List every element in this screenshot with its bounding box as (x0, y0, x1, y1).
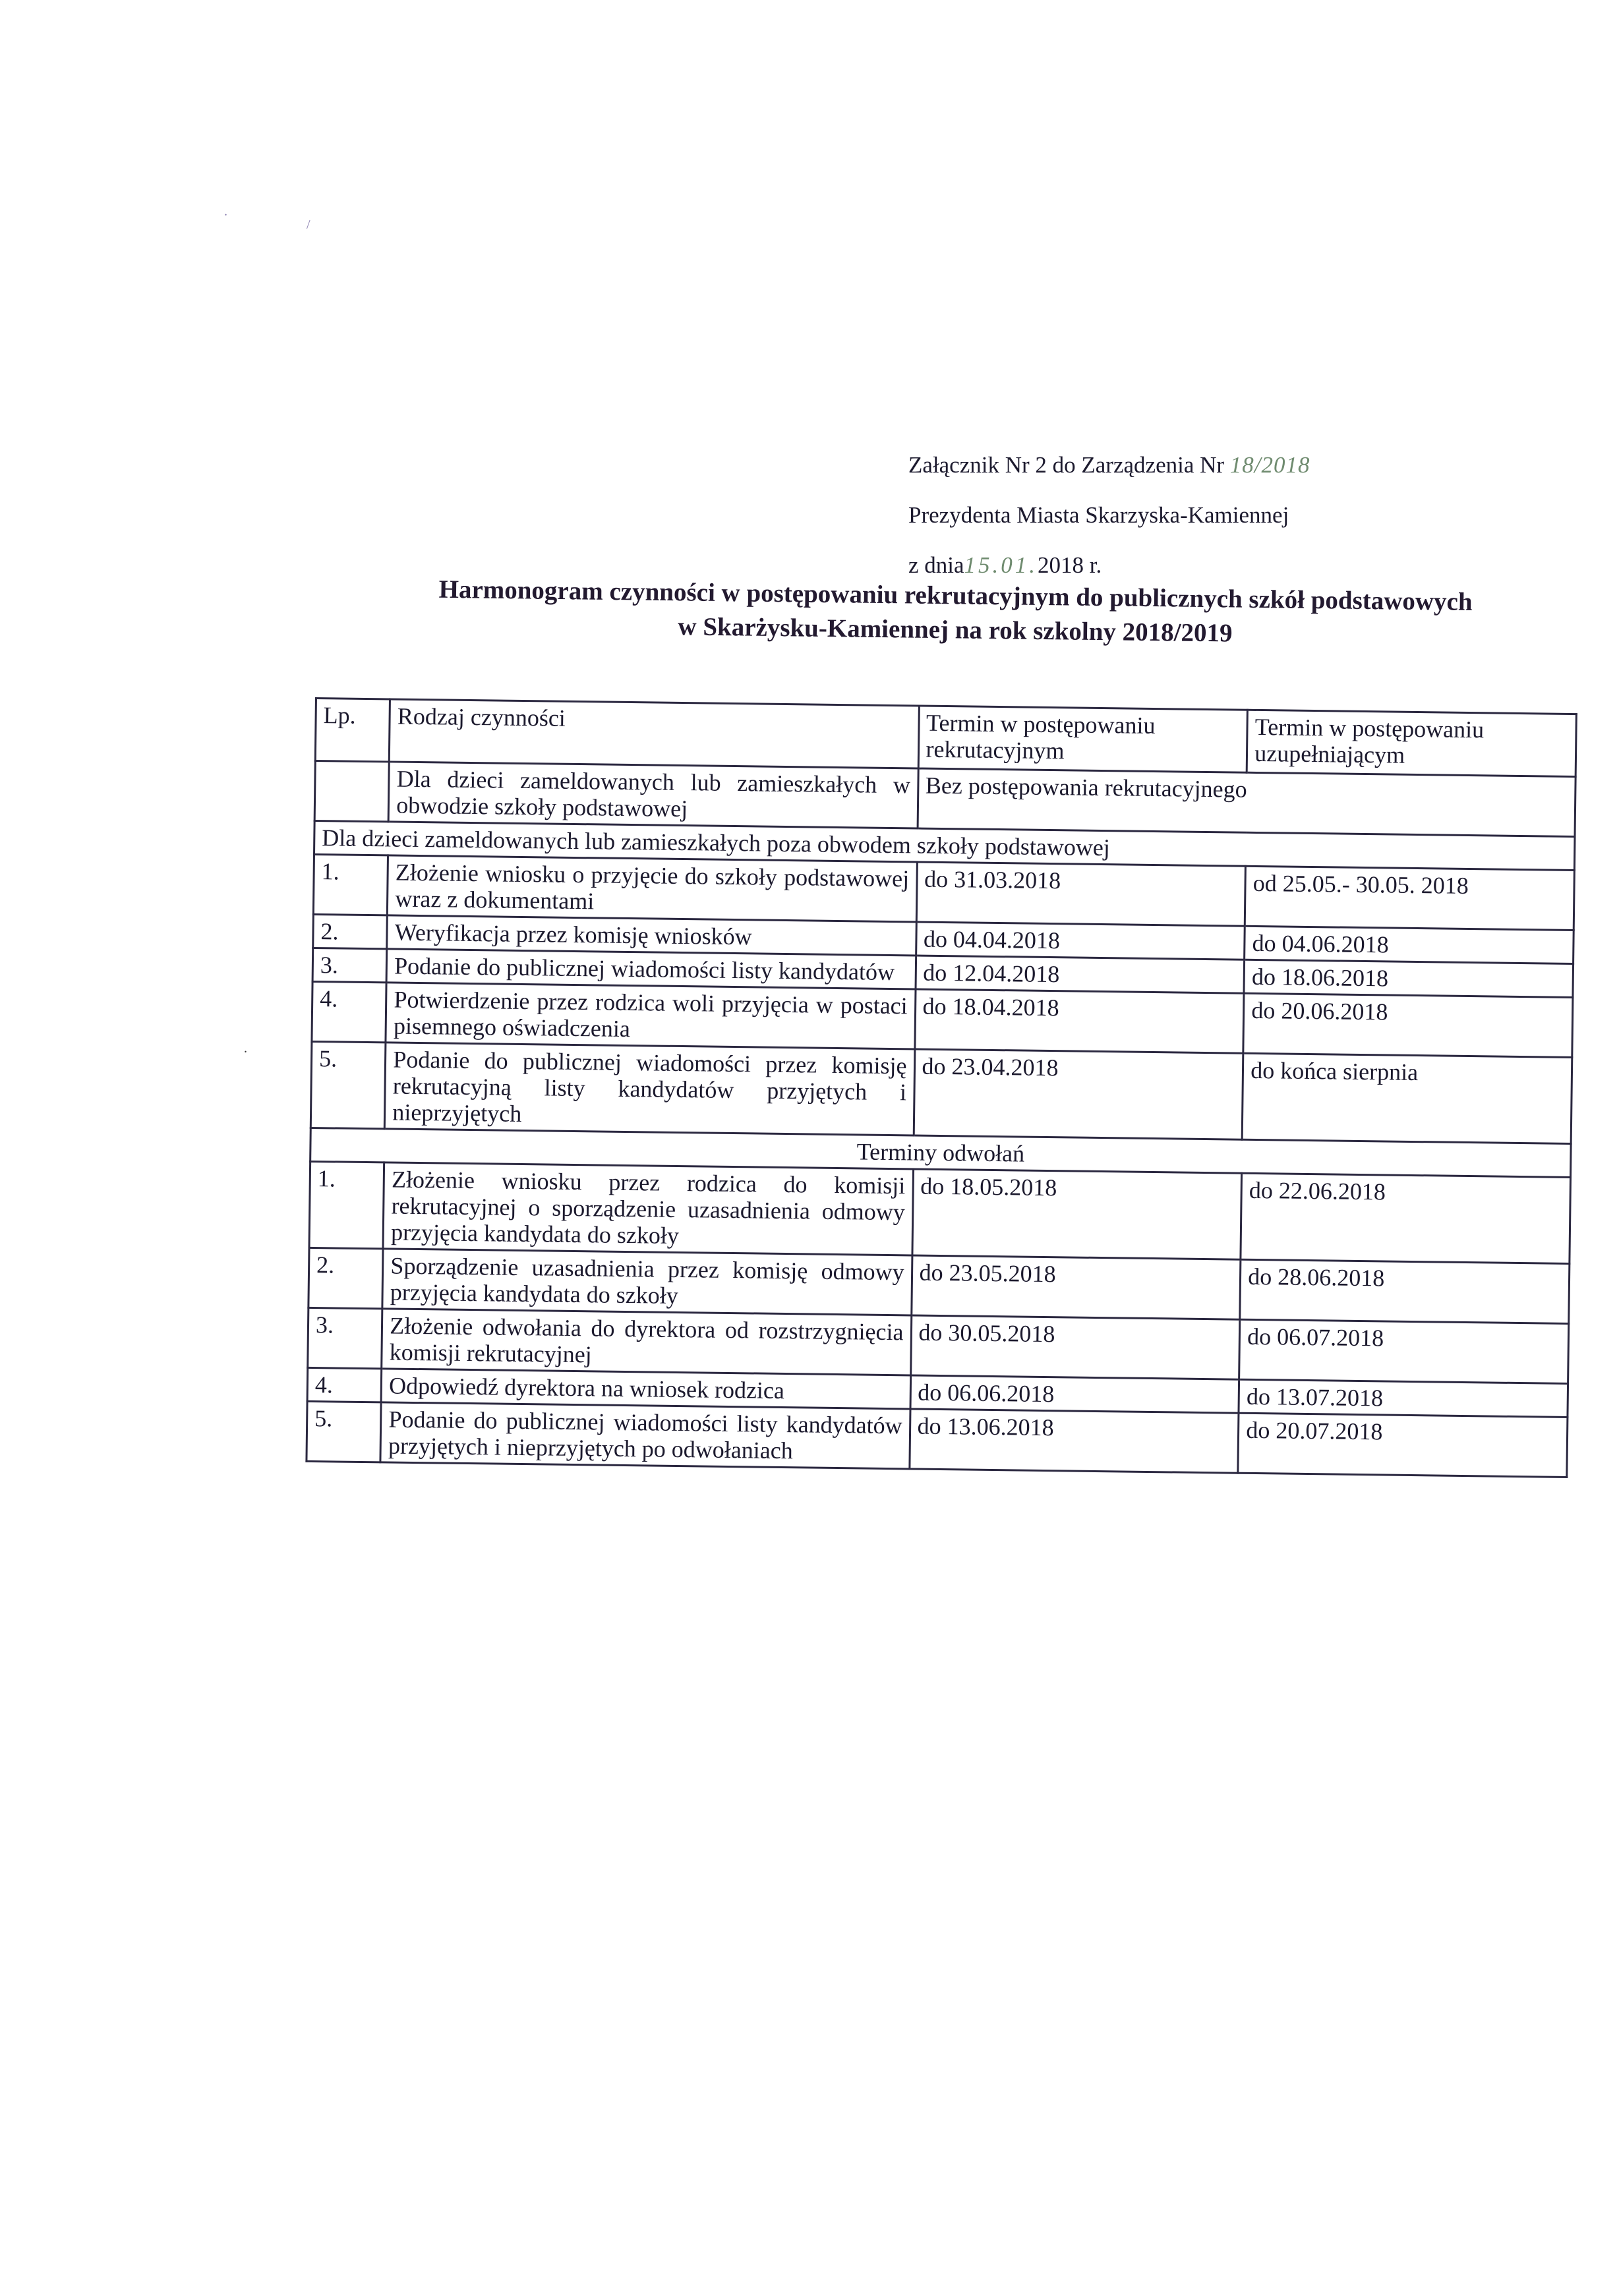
cell-lp: 1. (313, 855, 388, 915)
cell-desc: Podanie do publicznej wiadomości przez k… (385, 1043, 915, 1135)
cell-term2: do 04.06.2018 (1245, 926, 1574, 963)
cell-term1: do 13.06.2018 (909, 1409, 1239, 1473)
attachment-header: Załącznik Nr 2 do Zarządzenia Nr 18/2018… (908, 440, 1310, 590)
document-title: Harmonogram czynności w postępowaniu rek… (395, 572, 1516, 654)
cell-term2: do 22.06.2018 (1241, 1173, 1570, 1263)
handwritten-order-number: 18/2018 (1230, 452, 1310, 478)
cell-lp: 4. (307, 1367, 382, 1402)
schedule-table: Lp. Rodzaj czynności Termin w postępowan… (305, 697, 1577, 1478)
scan-speck: . (244, 1041, 247, 1056)
cell-desc: Potwierdzenie przez rodzica woli przyjęc… (386, 983, 915, 1049)
cell-term1: do 23.04.2018 (914, 1049, 1243, 1139)
cell-term1: do 12.04.2018 (916, 956, 1245, 993)
cell-term2: do 18.06.2018 (1244, 960, 1573, 997)
header-line-2: Prezydenta Miasta Skarzyska-Kamiennej (908, 490, 1310, 540)
cell-term2: do 13.07.2018 (1239, 1379, 1568, 1417)
scan-speck: / (307, 217, 310, 233)
cell-lp: 2. (313, 914, 388, 948)
cell-desc: Sporządzenie uzasadnienia przez komisję … (382, 1249, 912, 1315)
cell-desc: Złożenie wniosku o przyjęcie do szkoły p… (388, 855, 917, 922)
header-term1: Termin w postępowaniu rekrutacyjnym (918, 706, 1248, 772)
cell-term1: do 23.05.2018 (911, 1255, 1241, 1319)
cell-lp: 3. (312, 948, 387, 982)
cell-term2: do końca sierpnia (1242, 1053, 1572, 1143)
header-lp: Lp. (315, 699, 390, 762)
table-row: 5.Podanie do publicznej wiadomości przez… (310, 1041, 1572, 1143)
cell-term1: do 06.06.2018 (910, 1375, 1239, 1413)
cell-lp: 4. (312, 981, 386, 1042)
cell-term2: do 28.06.2018 (1240, 1259, 1570, 1323)
scan-speck: . (224, 204, 227, 219)
cell-lp: 5. (310, 1041, 386, 1128)
cell-lp: 3. (308, 1307, 382, 1368)
cell-lp: 5. (307, 1401, 381, 1462)
cell-term2: od 25.05.- 30.05. 2018 (1245, 866, 1574, 930)
cell-lp: 2. (309, 1248, 383, 1308)
cell-term2: do 20.07.2018 (1238, 1413, 1568, 1477)
cell-term1: do 18.04.2018 (914, 989, 1244, 1053)
cell-lp: 1. (309, 1161, 384, 1248)
cell-term1: do 30.05.2018 (910, 1315, 1240, 1379)
header-term2: Termin w postępowaniu uzupełniającym (1247, 710, 1576, 776)
header-line-1: Załącznik Nr 2 do Zarządzenia Nr 18/2018 (908, 440, 1310, 490)
cell-term1: do 18.05.2018 (912, 1169, 1241, 1259)
cell-desc: Złożenie odwołania do dyrektora od rozst… (382, 1309, 911, 1375)
cell-term1: do 04.04.2018 (916, 922, 1245, 960)
cell-desc: Złożenie wniosku przez rodzica do komisj… (383, 1162, 913, 1255)
cell-desc: Podanie do publicznej wiadomości listy k… (380, 1402, 910, 1469)
handwritten-date: 15.01. (964, 552, 1038, 578)
header-desc: Rodzaj czynności (390, 699, 919, 768)
cell-term1: do 31.03.2018 (916, 862, 1246, 926)
cell-term2: do 06.07.2018 (1239, 1319, 1569, 1383)
cell-term2: do 20.06.2018 (1243, 993, 1573, 1057)
table-row: 1.Złożenie wniosku przez rodzica do komi… (309, 1161, 1570, 1263)
